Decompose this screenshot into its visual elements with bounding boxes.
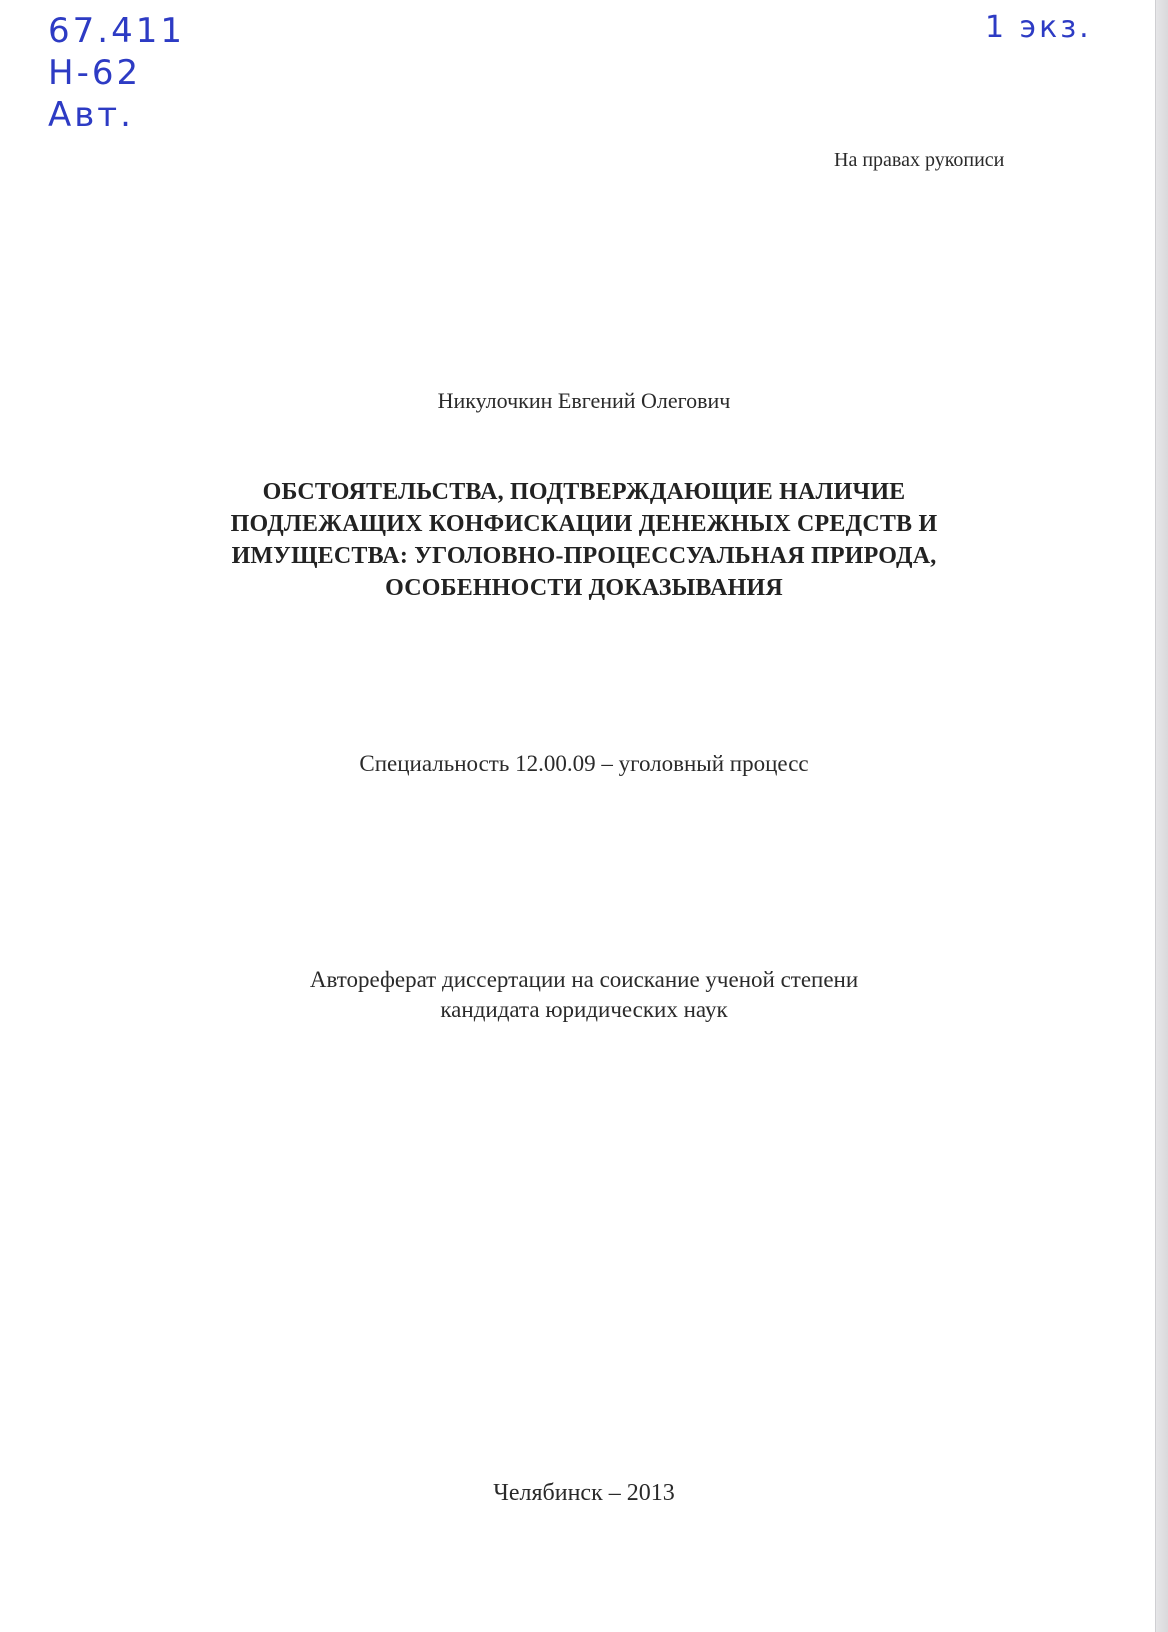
degree-line: Автореферат диссертации на соискание уче… [0, 965, 1168, 995]
city-year: Челябинск – 2013 [0, 1480, 1168, 1507]
rights-note: На правах рукописи [834, 149, 1004, 172]
document-title: ОБСТОЯТЕЛЬСТВА, ПОДТВЕРЖДАЮЩИЕ НАЛИЧИЕ П… [0, 476, 1168, 604]
shelf-mark-line: Авт. [48, 94, 185, 136]
handwritten-shelf-mark: 67.411 Н-62 Авт. [48, 10, 185, 136]
handwritten-copies-note: 1 экз. [985, 10, 1092, 45]
author-name: Никулочкин Евгений Олегович [0, 388, 1168, 414]
title-line: ОБСТОЯТЕЛЬСТВА, ПОДТВЕРЖДАЮЩИЕ НАЛИЧИЕ [0, 476, 1168, 508]
degree-statement: Автореферат диссертации на соискание уче… [0, 965, 1168, 1025]
page-edge-shadow [1155, 0, 1168, 1632]
specialty: Специальность 12.00.09 – уголовный проце… [0, 751, 1168, 777]
degree-line: кандидата юридических наук [0, 995, 1168, 1025]
title-line: ПОДЛЕЖАЩИХ КОНФИСКАЦИИ ДЕНЕЖНЫХ СРЕДСТВ … [0, 508, 1168, 540]
title-line: ОСОБЕННОСТИ ДОКАЗЫВАНИЯ [0, 572, 1168, 604]
shelf-mark-line: Н-62 [48, 52, 185, 94]
title-line: ИМУЩЕСТВА: УГОЛОВНО-ПРОЦЕССУАЛЬНАЯ ПРИРО… [0, 540, 1168, 572]
shelf-mark-line: 67.411 [48, 10, 185, 52]
